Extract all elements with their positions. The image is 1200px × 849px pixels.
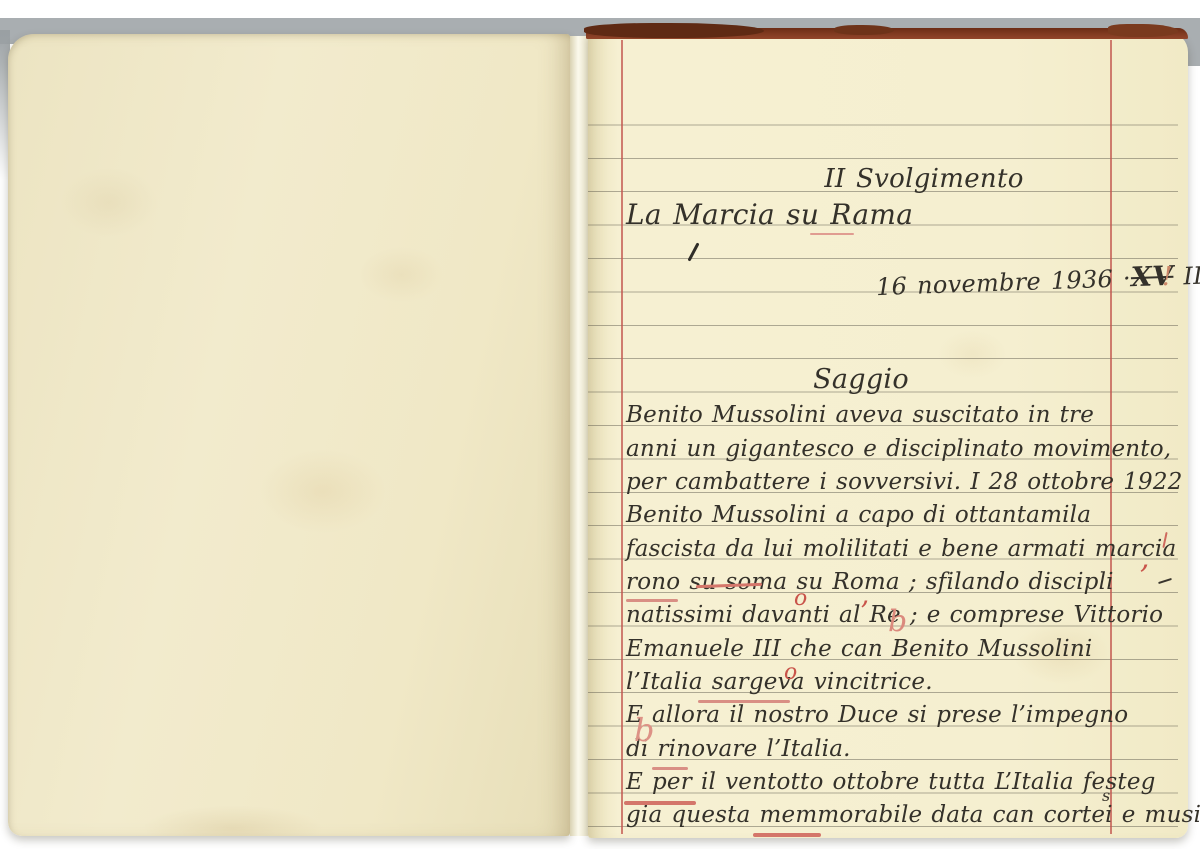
date-suffix: II Im. bbox=[1173, 260, 1200, 291]
essay-line: anni un gigantesco e disciplinato movime… bbox=[626, 434, 1188, 465]
underline-rono bbox=[626, 599, 678, 602]
section-heading: Saggio bbox=[796, 364, 926, 396]
mark-marcia-comma: , bbox=[1140, 544, 1150, 574]
essay-line: Emanuele III che can Benito Mussolini bbox=[626, 634, 1188, 665]
mark-comprese-b: b bbox=[888, 607, 907, 637]
binding-stain bbox=[1108, 24, 1178, 37]
essay-line: fascista da lui molilitati e bene armati… bbox=[626, 534, 1188, 565]
underline-rinovare bbox=[652, 767, 688, 770]
mark-roma-o: o bbox=[794, 588, 807, 610]
underline-rama bbox=[810, 233, 854, 235]
spine-gap bbox=[570, 36, 588, 836]
essay-title: La Marcia su Rama bbox=[626, 198, 913, 232]
mark-can-o: o bbox=[784, 662, 797, 684]
essay-line: rono su soma su Roma ; sfilando discipli bbox=[626, 567, 1188, 598]
mark-inserted-s: s bbox=[1102, 788, 1110, 804]
essay-line: Benito Mussolini aveva suscitato in tre bbox=[626, 400, 1188, 431]
essay-line: l’Italia sargeva vincitrice. bbox=[626, 667, 1188, 698]
mark-re-accent: ’ bbox=[860, 598, 869, 626]
margin-line-left bbox=[621, 40, 623, 834]
underline-e-per bbox=[624, 801, 696, 805]
essay-line: Benito Mussolini a capo di ottantamila bbox=[626, 500, 1188, 531]
page-heading: II Svolgimento bbox=[756, 163, 1092, 195]
essay-line: di rinovare l’Italia. bbox=[626, 734, 1188, 765]
binding-stain bbox=[834, 25, 894, 35]
notebook-scan: II Svolgimento La Marcia su Rama 16 nove… bbox=[0, 0, 1200, 849]
essay-line: per cambattere i sovversivi. I 28 ottobr… bbox=[626, 467, 1188, 498]
left-page-blank bbox=[8, 34, 570, 836]
underline-memmo bbox=[753, 833, 821, 837]
mark-date-excl: ! bbox=[1162, 264, 1172, 290]
right-page: II Svolgimento La Marcia su Rama 16 nove… bbox=[588, 32, 1188, 838]
underline-sargeva bbox=[698, 700, 790, 703]
mark-allora-b: b bbox=[634, 714, 654, 746]
binding-stain bbox=[584, 23, 764, 38]
essay-line: E allora il nostro Duce si prese l’impeg… bbox=[626, 700, 1188, 731]
